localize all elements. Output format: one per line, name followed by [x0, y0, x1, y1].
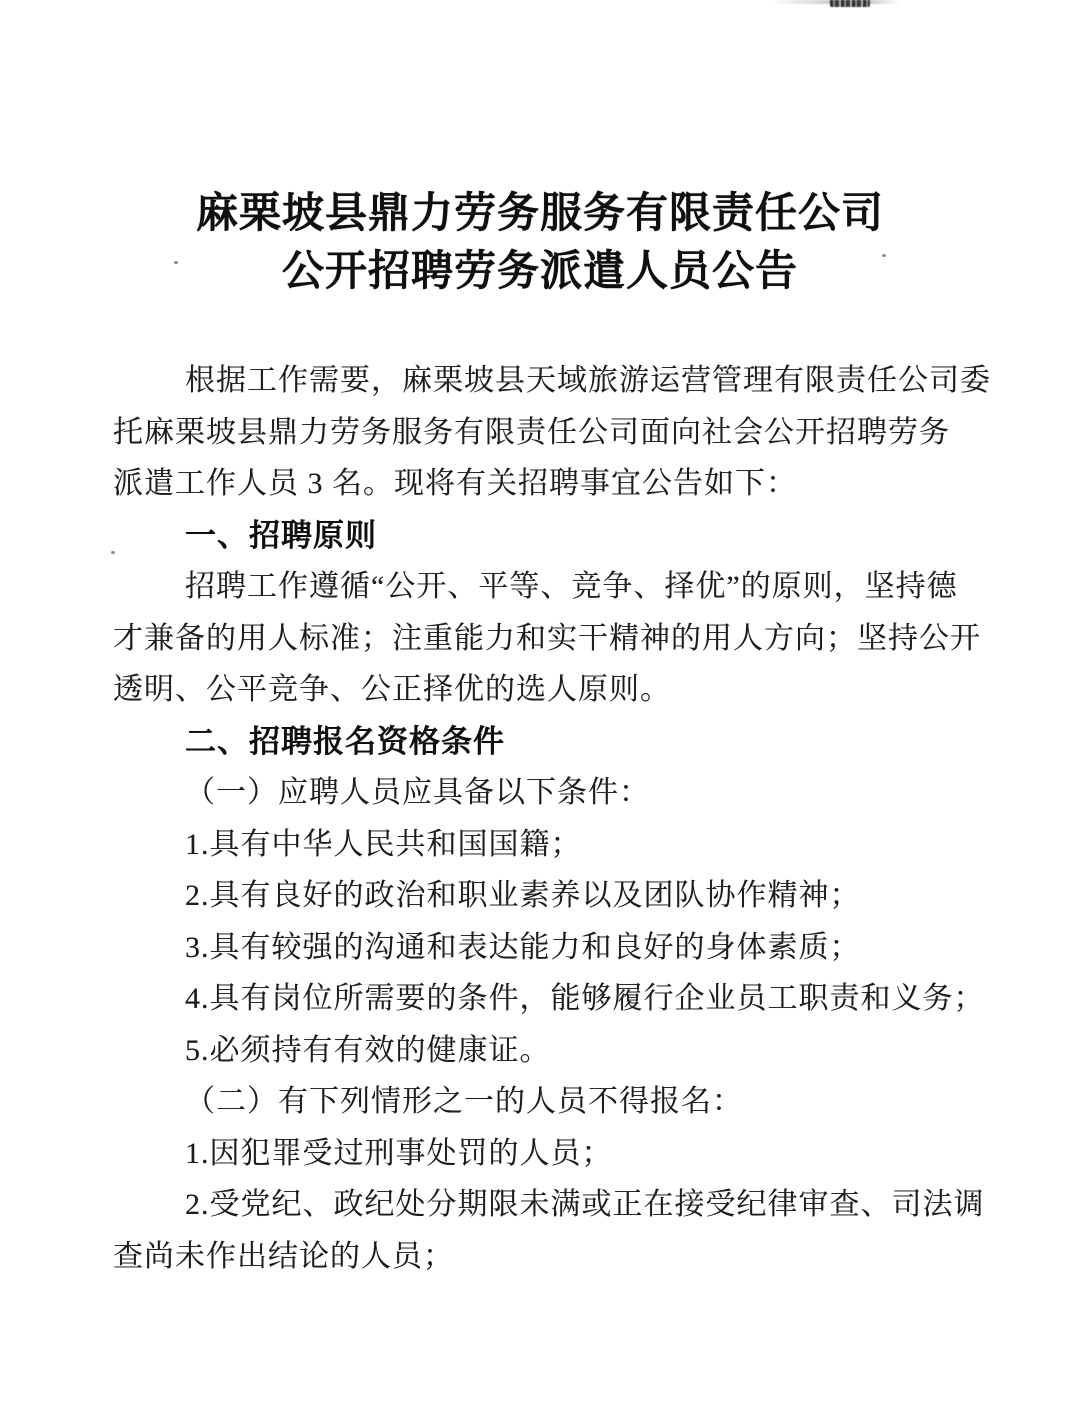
- document-title-line-1: 麻栗坡县鼎力劳务服务有限责任公司: [0, 185, 1080, 243]
- document-line: 2.受党纪、政纪处分期限未满或正在接受纪律审查、司法调: [113, 1179, 973, 1231]
- document-line: 根据工作需要，麻栗坡县天域旅游运营管理有限责任公司委: [113, 355, 973, 407]
- document-line: 5.必须持有有效的健康证。: [113, 1025, 973, 1077]
- scan-speck: [882, 254, 886, 257]
- document-line: 才兼备的用人标准；注重能力和实干精神的用人方向；坚持公开: [113, 613, 973, 665]
- document-line: 1.具有中华人民共和国国籍；: [113, 819, 973, 871]
- scanned-document-page: 麻栗坡县鼎力劳务服务有限责任公司 公开招聘劳务派遣人员公告 根据工作需要，麻栗坡…: [0, 0, 1080, 1406]
- scan-speck: [111, 551, 115, 554]
- document-line: 招聘工作遵循“公开、平等、竞争、择优”的原则，坚持德: [113, 561, 973, 613]
- scan-speck: [174, 261, 178, 264]
- document-line: 4.具有岗位所需要的条件，能够履行企业员工职责和义务；: [113, 973, 973, 1025]
- document-body: 根据工作需要，麻栗坡县天域旅游运营管理有限责任公司委托麻栗坡县鼎力劳务服务有限责…: [113, 355, 973, 1282]
- document-line: （二）有下列情形之一的人员不得报名：: [113, 1076, 973, 1128]
- document-title-line-2: 公开招聘劳务派遣人员公告: [0, 243, 1080, 301]
- document-line: 3.具有较强的沟通和表达能力和良好的身体素质；: [113, 922, 973, 974]
- document-title: 麻栗坡县鼎力劳务服务有限责任公司 公开招聘劳务派遣人员公告: [0, 185, 1080, 301]
- section-heading: 一、招聘原则: [113, 510, 973, 562]
- document-line: 1.因犯罪受过刑事处罚的人员；: [113, 1128, 973, 1180]
- document-line: 透明、公平竞争、公正择优的选人原则。: [113, 664, 973, 716]
- document-line: （一）应聘人员应具备以下条件：: [113, 767, 973, 819]
- document-line: 托麻栗坡县鼎力劳务服务有限责任公司面向社会公开招聘劳务: [113, 407, 973, 459]
- document-line: 2.具有良好的政治和职业素养以及团队协作精神；: [113, 870, 973, 922]
- document-line: 查尚未作出结论的人员；: [113, 1231, 973, 1283]
- section-heading: 二、招聘报名资格条件: [113, 716, 973, 768]
- scan-artifact-smudge: [830, 0, 870, 7]
- document-line: 派遣工作人员 3 名。现将有关招聘事宜公告如下：: [113, 458, 973, 510]
